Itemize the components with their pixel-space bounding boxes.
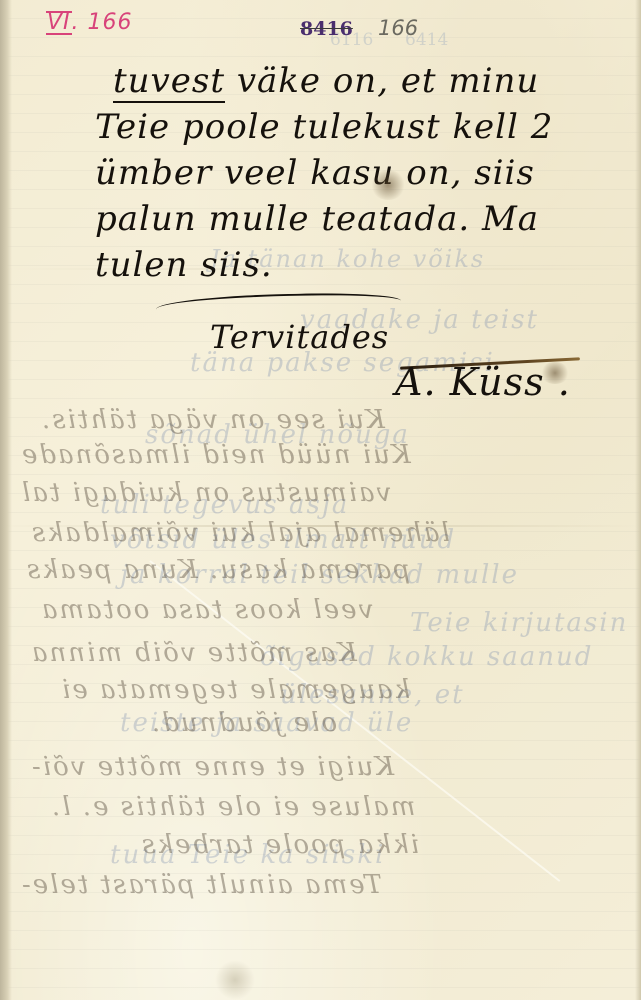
mirrored-bleed-line: Kui see on väga tähtis. <box>40 405 385 435</box>
mirrored-bleed-line: lähemal ajal kui võimaldaks <box>30 518 450 548</box>
mirrored-bleed-line: veel koos tasa ootama <box>40 595 373 625</box>
crossed-out-stamp-number: 8416 <box>300 18 353 40</box>
mirrored-bleed-line: Kuigi et enne mõtte või- <box>30 752 394 782</box>
mirrored-bleed-line: vaimustus on kuidagi tal <box>20 478 391 508</box>
ink-stain <box>540 362 570 384</box>
letter-line: ümber veel kasu on, siis <box>95 150 625 196</box>
letter-line: tuvest väke on, et minu <box>95 58 625 104</box>
letter-text: poole tulekust kell 2 <box>170 107 553 147</box>
mirrored-bleed-line: Kui nüüd neid ilmasõnade <box>20 440 411 470</box>
letter-word: ümber <box>95 153 212 193</box>
archive-folio-number: . 166 <box>72 10 133 35</box>
archive-reference-mark: VI. 166 <box>46 10 133 35</box>
paper-stain <box>215 960 255 1000</box>
letter-word: palun <box>95 199 197 239</box>
pencil-page-number: 166 <box>378 16 418 40</box>
mirrored-bleed-line: maluse ei ole tähtis e. l. <box>50 792 415 822</box>
bleed-through-line: Teie kirjutasin <box>410 608 628 638</box>
mirrored-bleed-line: parema kasu. Kuna peaks <box>25 555 410 585</box>
letter-body: tuvest väke on, et minu Teie poole tulek… <box>95 58 625 288</box>
letter-text: mulle teatada. Ma <box>197 199 539 239</box>
letter-word: tuvest <box>113 61 225 103</box>
letter-line: tulen siis. <box>95 242 625 288</box>
paper-left-edge <box>0 0 12 1000</box>
letter-word: Teie <box>95 107 170 147</box>
letter-closing: Tervitades <box>210 318 389 356</box>
paper-right-edge <box>635 0 641 1000</box>
mirrored-bleed-line: ikka poole tarbeks <box>140 830 419 860</box>
mirrored-bleed-line: kaugemale tegemata ei <box>60 675 410 705</box>
letter-line: palun mulle teatada. Ma <box>95 196 625 242</box>
scanned-letter-page: Ja tänan kohe võiks vaadake ja teist tän… <box>0 0 641 1000</box>
letter-text: siis. <box>188 245 272 285</box>
mirrored-bleed-line: Kas mõtte võib minna <box>30 638 357 668</box>
mirrored-bleed-line: ole jõudnud. <box>150 708 337 738</box>
archive-roman-numeral: VI <box>46 11 72 35</box>
letter-line: Teie poole tulekust kell 2 <box>95 104 625 150</box>
mirrored-bleed-line: Tema ainult pärast tele- <box>20 870 382 900</box>
letter-word: tulen <box>95 245 188 285</box>
ink-stain <box>370 170 406 200</box>
letter-text: väke on, et minu <box>225 61 539 101</box>
